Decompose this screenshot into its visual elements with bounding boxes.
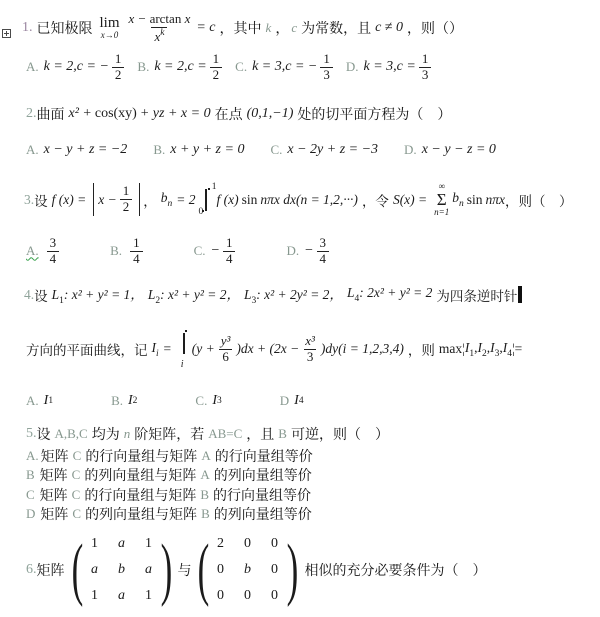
option-c: C.I3 bbox=[195, 393, 221, 409]
matrix-cells: 1a1 aba 1a1 bbox=[84, 536, 160, 604]
fraction-numerator: x − arctan x bbox=[126, 12, 194, 27]
option-c: C矩阵C的行向量组与矩阵B的行向量组等价 bbox=[26, 485, 313, 505]
right-paren: ) bbox=[289, 526, 296, 614]
stem-text: 与 bbox=[178, 560, 192, 580]
stem-text: ，且 bbox=[246, 424, 274, 444]
integrand: f (x) bbox=[216, 192, 238, 208]
math-expression: = bbox=[163, 341, 172, 357]
stem-text: ，令 bbox=[362, 190, 389, 210]
matrix-equation: AB=C bbox=[208, 426, 242, 442]
option-a: A.I1 bbox=[26, 393, 53, 409]
stem-text: 阶矩阵，若 bbox=[134, 424, 204, 444]
b-sub-n: bn bbox=[161, 190, 173, 209]
option-d: D矩阵C的列向量组与矩阵B的列向量组等价 bbox=[26, 505, 313, 525]
option-b: B矩阵C的列向量组与矩阵A的列向量组等价 bbox=[26, 466, 313, 486]
i-sub-3: I3, bbox=[490, 340, 503, 359]
stem-text: 处的切平面方程为（ ） bbox=[297, 104, 451, 124]
stem-text: 在点 bbox=[215, 104, 243, 124]
variable-n: n bbox=[124, 426, 131, 442]
stem-text: ，则（ ） bbox=[505, 190, 573, 210]
matrix-1: ( 1a1 aba 1a1 ) bbox=[71, 526, 173, 614]
q5-options[interactable]: A.矩阵C的行向量组与矩阵A的行向量组等价 B矩阵C的列向量组与矩阵A的列向量组… bbox=[26, 446, 313, 524]
math-function: max bbox=[439, 341, 462, 357]
q4-stem-line1[interactable]: 4. 设 L1: x² + y² = 1， L2: x² + y² = 2， L… bbox=[24, 283, 522, 306]
q2-options[interactable]: A.x − y + z = −2 B.x + y + z = 0 C.x − 2… bbox=[26, 142, 496, 158]
stem-text: 已知极限 bbox=[37, 18, 93, 38]
fraction: 12 bbox=[120, 184, 133, 215]
stem-text: 为常数，且 bbox=[301, 18, 371, 38]
absolute-value: x − 12 bbox=[93, 183, 140, 216]
math-expression: f (x) = bbox=[52, 192, 87, 208]
stem-text: 相似的充分必要条件为（ ） bbox=[305, 560, 487, 580]
i-sub-1: I1, bbox=[465, 340, 478, 359]
option-a: A.矩阵C的行向量组与矩阵A的行向量组等价 bbox=[26, 446, 313, 466]
fraction: y³6 bbox=[218, 334, 234, 365]
q4-options[interactable]: A.I1 B.I2 C.I3 DI4 bbox=[26, 393, 304, 409]
stem-text: ，则（） bbox=[407, 18, 463, 38]
curve-l2: L2: x² + y² = 2， bbox=[148, 283, 240, 306]
stem-text: 为四条逆时针 bbox=[436, 285, 517, 305]
i-sub-i: Ii bbox=[152, 340, 159, 359]
option-b: B. k = 2,c = 12 bbox=[137, 52, 225, 83]
question-number: 5. bbox=[26, 426, 37, 442]
matrix-2: ( 200 0b0 000 ) bbox=[197, 526, 299, 614]
math-function: sin bbox=[242, 192, 258, 208]
fraction: x − arctan x xk bbox=[126, 12, 194, 45]
question-number: 1. bbox=[22, 20, 33, 36]
math-expression: c ≠ 0 bbox=[375, 20, 403, 36]
math-function: sin bbox=[467, 192, 483, 208]
integrand: nπx dx(n = 1,2,···) bbox=[260, 192, 358, 208]
i-sub-4: I4 bbox=[503, 340, 512, 359]
contour-integral-sign: i bbox=[179, 330, 189, 368]
fraction: 12 bbox=[112, 52, 125, 83]
q2-stem[interactable]: 2. 曲面 x² + cos(xy) + yz + x = 0 在点 (0,1,… bbox=[26, 104, 455, 124]
expand-marker-icon[interactable] bbox=[2, 27, 11, 43]
option-c: C. − 14 bbox=[194, 236, 239, 267]
option-d: D.x − y − z = 0 bbox=[404, 142, 496, 158]
matrix-cells: 200 0b0 000 bbox=[210, 536, 286, 604]
summation-operator: ∞ Σ n=1 bbox=[434, 182, 449, 217]
q3-options[interactable]: A. 34 B. 14 C. − 14 D. − 34 bbox=[26, 236, 332, 267]
stem-text: 方向的平面曲线，记 bbox=[26, 339, 148, 359]
variable-k: k bbox=[266, 20, 272, 36]
math-expression: S(x) = bbox=[393, 192, 427, 208]
math-expression: = c bbox=[196, 20, 215, 36]
q6-stem[interactable]: 6. 矩阵 ( 1a1 aba 1a1 ) 与 ( 200 0b0 000 ) … bbox=[26, 526, 491, 614]
left-paren: ( bbox=[200, 526, 207, 614]
math-expression: nπx bbox=[486, 192, 506, 208]
option-a: A. 34 bbox=[26, 236, 62, 267]
stem-text: ， bbox=[143, 190, 157, 210]
b-sub-n: bn bbox=[452, 190, 464, 209]
point-coordinates: (0,1,−1) bbox=[247, 106, 294, 122]
stem-text: 设 bbox=[34, 190, 48, 210]
fraction: 14 bbox=[130, 236, 143, 267]
fraction: 14 bbox=[223, 236, 236, 267]
option-c: C.x − 2y + z = −3 bbox=[270, 142, 378, 158]
curve-l1: L1: x² + y² = 1， bbox=[52, 283, 144, 306]
q1-options[interactable]: A. k = 2,c = − 12 B. k = 2,c = 12 C. k =… bbox=[26, 52, 434, 83]
text-cursor bbox=[518, 286, 522, 303]
integral-sign: 1 0 bbox=[201, 185, 214, 215]
option-a: A. k = 2,c = − 12 bbox=[26, 52, 127, 83]
curve-l3: L3: x² + 2y² = 2， bbox=[244, 283, 343, 306]
question-number: 6. bbox=[26, 562, 37, 578]
limit-operator: lim x→0 bbox=[100, 16, 120, 40]
q1-stem[interactable]: 1. 已知极限 lim x→0 x − arctan x xk = c ，其中 … bbox=[22, 12, 467, 45]
stem-text: ，则 bbox=[408, 339, 435, 359]
fraction-denominator: xk bbox=[151, 27, 167, 45]
option-d: D. k = 3,c = 13 bbox=[346, 52, 434, 83]
stem-text: 可逆，则（ ） bbox=[291, 424, 389, 444]
option-b: B.x + y + z = 0 bbox=[153, 142, 244, 158]
question-number: 2. bbox=[26, 106, 37, 122]
math-expression: )dy(i = 1,2,3,4) bbox=[321, 341, 404, 357]
option-a: A.x − y + z = −2 bbox=[26, 142, 127, 158]
matrix-letters: A,B,C bbox=[55, 426, 88, 442]
fraction: x³3 bbox=[302, 334, 318, 365]
stem-text: 矩阵 bbox=[37, 560, 65, 580]
right-paren: ) bbox=[163, 526, 170, 614]
math-expression: (y + bbox=[192, 341, 215, 357]
document-page: { "page": {"bg": "#ffffff", "ink": "#1b1… bbox=[0, 0, 600, 617]
q4-stem-line2[interactable]: 方向的平面曲线，记 Ii = i (y + y³6 )dx + (2x − x³… bbox=[26, 330, 522, 368]
option-d: D. − 34 bbox=[286, 236, 332, 267]
math-expression: = 2 bbox=[176, 192, 195, 208]
variable-c: c bbox=[291, 20, 297, 36]
stem-text: 设 bbox=[34, 285, 48, 305]
option-d: DI4 bbox=[280, 393, 304, 409]
option-c: C. k = 3,c = − 13 bbox=[235, 52, 336, 83]
question-number: 4. bbox=[24, 287, 34, 303]
question-number: 3. bbox=[24, 192, 34, 208]
q5-stem[interactable]: 5. 设 A,B,C 均为 n 阶矩阵，若 AB=C ，且 B 可逆，则（ ） bbox=[26, 424, 393, 444]
math-function: cos(xy) bbox=[95, 106, 137, 122]
left-paren: ( bbox=[74, 526, 81, 614]
stem-text: ， bbox=[275, 18, 289, 38]
math-expression: x² + bbox=[69, 106, 92, 122]
stem-text: 均为 bbox=[92, 424, 120, 444]
matrix-letter-b: B bbox=[278, 426, 287, 442]
curve-l4: L4: 2x² + y² = 2 bbox=[347, 285, 432, 304]
brace-close: ¦= bbox=[512, 341, 522, 357]
stem-text: 设 bbox=[37, 424, 51, 444]
stem-text: ，其中 bbox=[220, 18, 262, 38]
math-expression: )dx + (2x − bbox=[236, 341, 299, 357]
fraction: 13 bbox=[419, 52, 432, 83]
stem-text: 曲面 bbox=[37, 104, 65, 124]
fraction: 34 bbox=[47, 236, 60, 267]
i-sub-2: I2, bbox=[477, 340, 490, 359]
fraction: 12 bbox=[210, 52, 223, 83]
option-b: B. 14 bbox=[110, 236, 145, 267]
fraction: 34 bbox=[317, 236, 330, 267]
fraction: 13 bbox=[320, 52, 333, 83]
math-expression: + yz + x = 0 bbox=[140, 106, 211, 122]
q3-stem[interactable]: 3. 设 f (x) = x − 12 ， bn = 2 1 0 f (x) s… bbox=[24, 182, 577, 217]
option-b: B.I2 bbox=[111, 393, 137, 409]
